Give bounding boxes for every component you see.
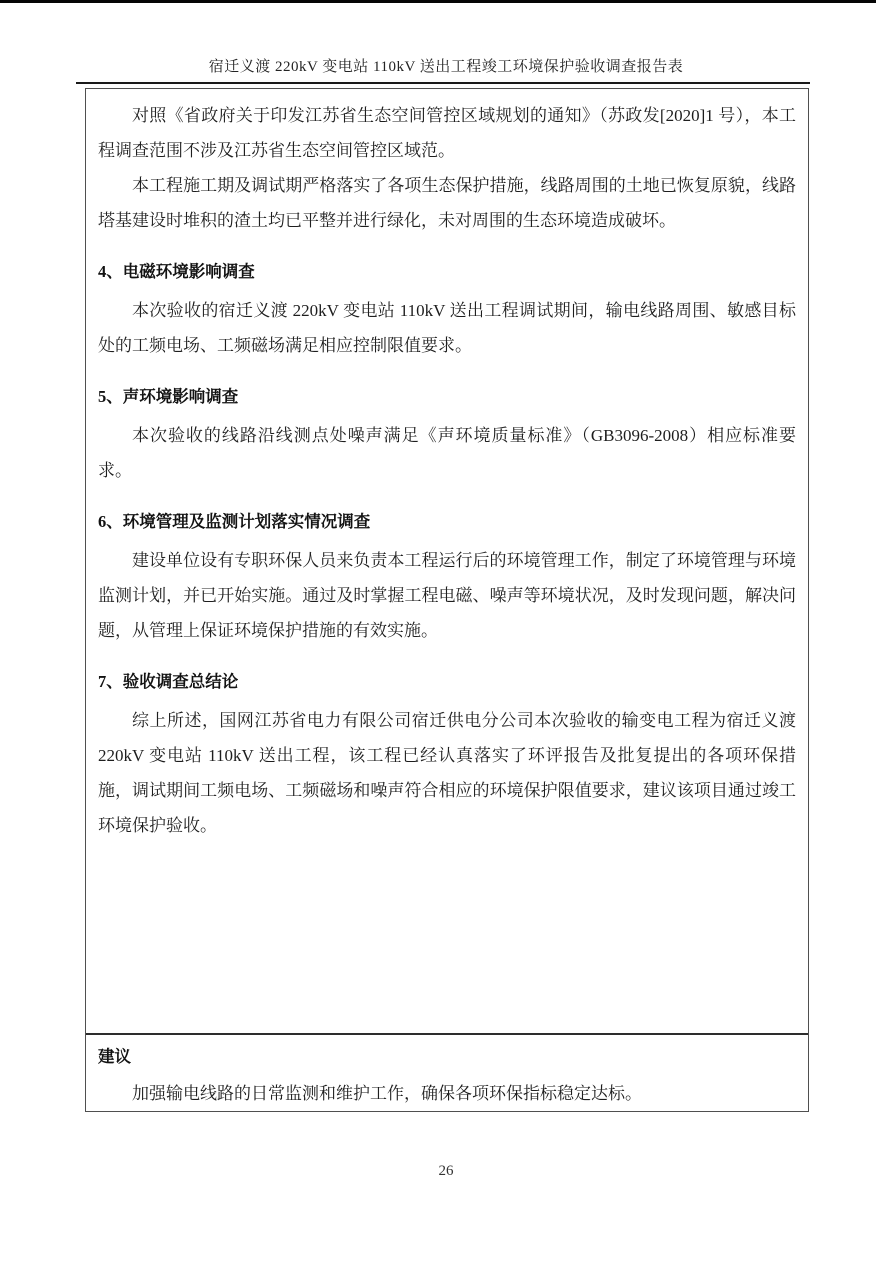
- suggestion-heading: 建议: [98, 1043, 796, 1071]
- suggestion-section: 建议 加强输电线路的日常监测和维护工作，确保各项环保指标稳定达标。: [86, 1033, 808, 1111]
- document-header-title: 宿迁义渡 220kV 变电站 110kV 送出工程竣工环境保护验收调查报告表: [0, 57, 892, 77]
- suggestion-text: 加强输电线路的日常监测和维护工作，确保各项环保指标稳定达标。: [98, 1076, 796, 1111]
- document-page: 宿迁义渡 220kV 变电站 110kV 送出工程竣工环境保护验收调查报告表 对…: [0, 0, 892, 1262]
- paragraph-acoustic: 本次验收的线路沿线测点处噪声满足《声环境质量标准》（GB3096-2008）相应…: [98, 418, 796, 488]
- section-heading-electromagnetic: 4、电磁环境影响调查: [98, 257, 796, 287]
- survey-findings-section: 对照《省政府关于印发江苏省生态空间管控区域规划的通知》（苏政发[2020]1 号…: [86, 89, 808, 1033]
- paragraph-electromagnetic: 本次验收的宿迁义渡 220kV 变电站 110kV 送出工程调试期间，输电线路周…: [98, 293, 796, 363]
- scan-top-edge: [0, 0, 876, 3]
- section-heading-conclusion: 7、验收调查总结论: [98, 667, 796, 697]
- paragraph-management: 建设单位设有专职环保人员来负责本工程运行后的环境管理工作，制定了环境管理与环境监…: [98, 543, 796, 648]
- section-heading-management: 6、环境管理及监测计划落实情况调查: [98, 507, 796, 537]
- paragraph-ecological-zoning: 对照《省政府关于印发江苏省生态空间管控区域规划的通知》（苏政发[2020]1 号…: [98, 98, 796, 168]
- report-table-cell: 对照《省政府关于印发江苏省生态空间管控区域规划的通知》（苏政发[2020]1 号…: [85, 88, 809, 1112]
- header-divider-rule: [76, 82, 810, 84]
- section-heading-acoustic: 5、声环境影响调查: [98, 382, 796, 412]
- paragraph-ecological-measures: 本工程施工期及调试期严格落实了各项生态保护措施，线路周围的土地已恢复原貌，线路塔…: [98, 168, 796, 238]
- paragraph-conclusion: 综上所述，国网江苏省电力有限公司宿迁供电分公司本次验收的输变电工程为宿迁义渡 2…: [98, 703, 796, 843]
- page-number: 26: [0, 1163, 892, 1180]
